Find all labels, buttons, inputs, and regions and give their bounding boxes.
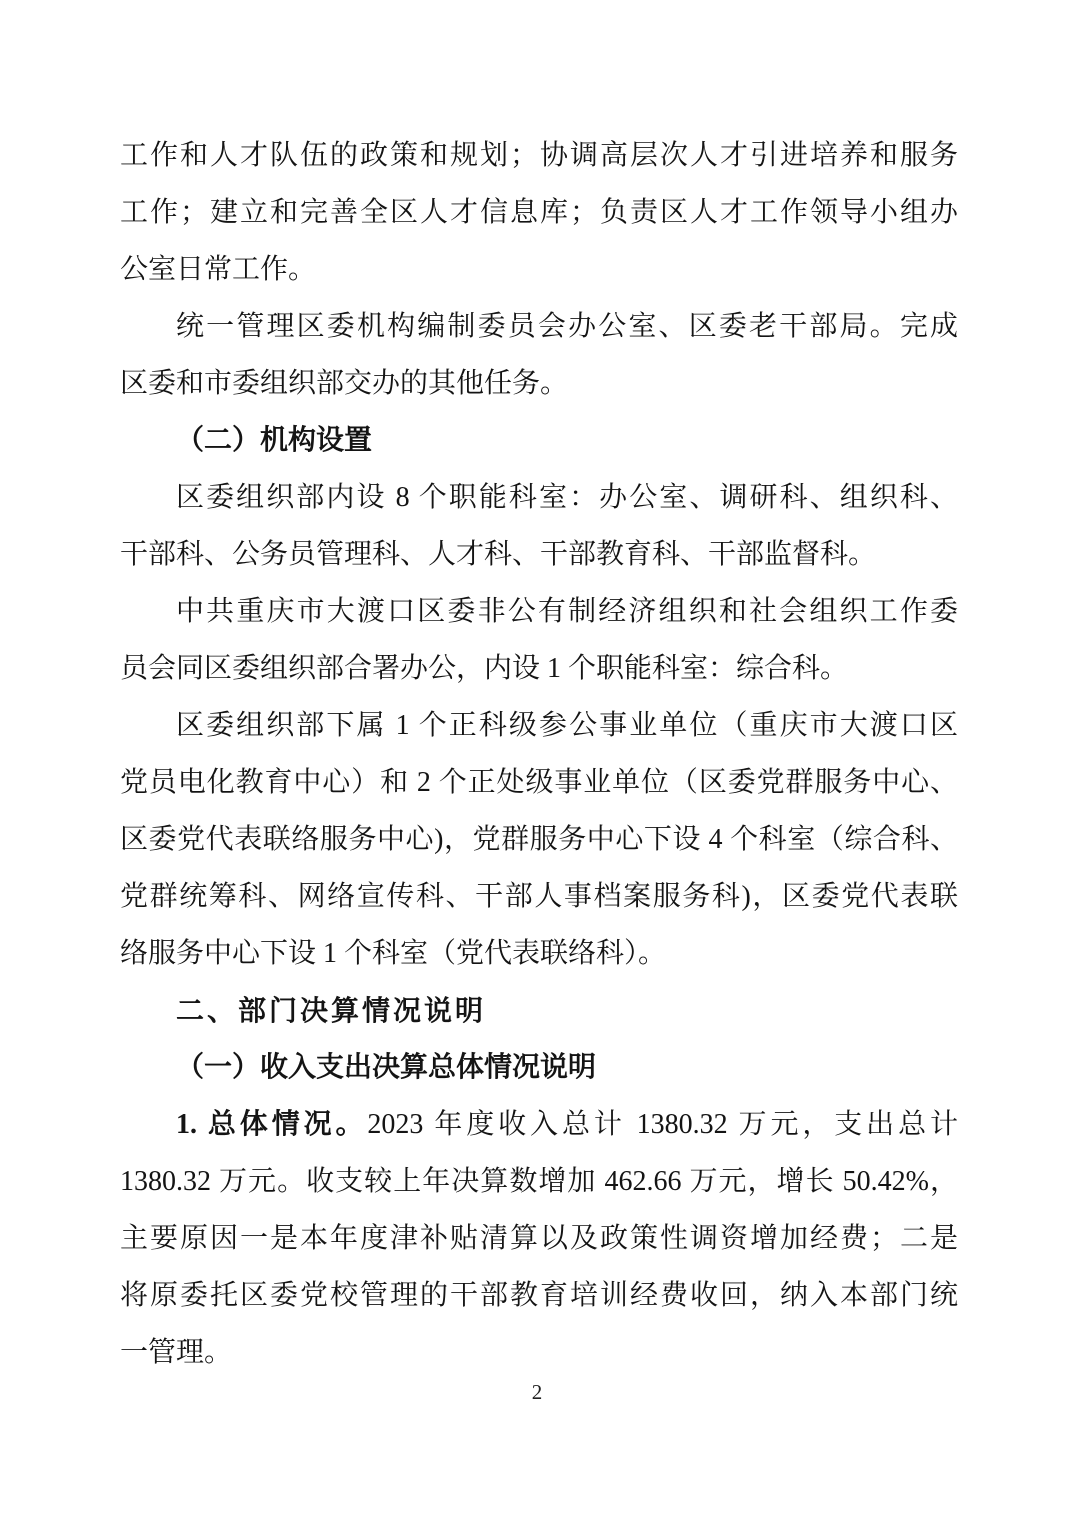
text-line: 干部科、公务员管理科、人才科、干部教育科、干部监督科。 [120, 526, 958, 583]
heading-text: （二）机构设置 [120, 412, 958, 469]
text-run: 2023 年度收入总计 1380.32 万元，支出总计 [367, 1109, 958, 1140]
heading-text: 二、部门决算情况说明 [120, 982, 958, 1039]
paragraph-internal-departments: 区委组织部内设 8 个职能科室：办公室、调研科、组织科、 干部科、公务员管理科、… [120, 469, 958, 583]
text-line: 工作；建立和完善全区人才信息库；负责区人才工作领导小组办 [120, 184, 958, 241]
text-line: 一管理。 [120, 1324, 958, 1381]
text-line: 党员电化教育中心）和 2 个正处级事业单位（区委党群服务中心、 [120, 754, 958, 811]
paragraph-talent-duties: 工作和人才队伍的政策和规划；协调高层次人才引进培养和服务 工作；建立和完善全区人… [120, 127, 958, 298]
text-line: 主要原因一是本年度津补贴清算以及政策性调资增加经费；二是 [120, 1210, 958, 1267]
text-line: 1. 总体情况。2023 年度收入总计 1380.32 万元，支出总计 [120, 1096, 958, 1153]
section-heading-budget-statement: 二、部门决算情况说明 [120, 982, 958, 1039]
paragraph-subordinate-units: 区委组织部下属 1 个正科级参公事业单位（重庆市大渡口区 党员电化教育中心）和 … [120, 697, 958, 982]
text-line: 公室日常工作。 [120, 241, 958, 298]
text-line: 将原委托区委党校管理的干部教育培训经费收回，纳入本部门统 [120, 1267, 958, 1324]
text-line: 中共重庆市大渡口区委非公有制经济组织和社会组织工作委 [120, 583, 958, 640]
text-line: 区委组织部内设 8 个职能科室：办公室、调研科、组织科、 [120, 469, 958, 526]
text-line: 1380.32 万元。收支较上年决算数增加 462.66 万元，增长 50.42… [120, 1153, 958, 1210]
text-line: 络服务中心下设 1 个科室（党代表联络科）。 [120, 925, 958, 982]
text-line: 区委党代表联络服务中心)，党群服务中心下设 4 个科室（综合科、 [120, 811, 958, 868]
text-line: 工作和人才队伍的政策和规划；协调高层次人才引进培养和服务 [120, 127, 958, 184]
text-line: 员会同区委组织部合署办公，内设 1 个职能科室：综合科。 [120, 640, 958, 697]
text-line: 统一管理区委机构编制委员会办公室、区委老干部局。完成 [120, 298, 958, 355]
document-page: 工作和人才队伍的政策和规划；协调高层次人才引进培养和服务 工作；建立和完善全区人… [0, 0, 1074, 1520]
subsection-heading-organization: （二）机构设置 [120, 412, 958, 469]
text-line: 区委组织部下属 1 个正科级参公事业单位（重庆市大渡口区 [120, 697, 958, 754]
paragraph-overall-situation: 1. 总体情况。2023 年度收入总计 1380.32 万元，支出总计 1380… [120, 1096, 958, 1381]
page-number: 2 [0, 1376, 1074, 1408]
document-body: 工作和人才队伍的政策和规划；协调高层次人才引进培养和服务 工作；建立和完善全区人… [120, 127, 958, 1381]
text-line: 党群统筹科、网络宣传科、干部人事档案服务科)，区委党代表联 [120, 868, 958, 925]
text-line: 区委和市委组织部交办的其他任务。 [120, 355, 958, 412]
paragraph-joint-office: 中共重庆市大渡口区委非公有制经济组织和社会组织工作委 员会同区委组织部合署办公，… [120, 583, 958, 697]
heading-text: （一）收入支出决算总体情况说明 [120, 1039, 958, 1096]
paragraph-unified-management: 统一管理区委机构编制委员会办公室、区委老干部局。完成 区委和市委组织部交办的其他… [120, 298, 958, 412]
bold-lead-run: 1. 总体情况。 [176, 1109, 367, 1140]
subsection-heading-income-expense: （一）收入支出决算总体情况说明 [120, 1039, 958, 1096]
